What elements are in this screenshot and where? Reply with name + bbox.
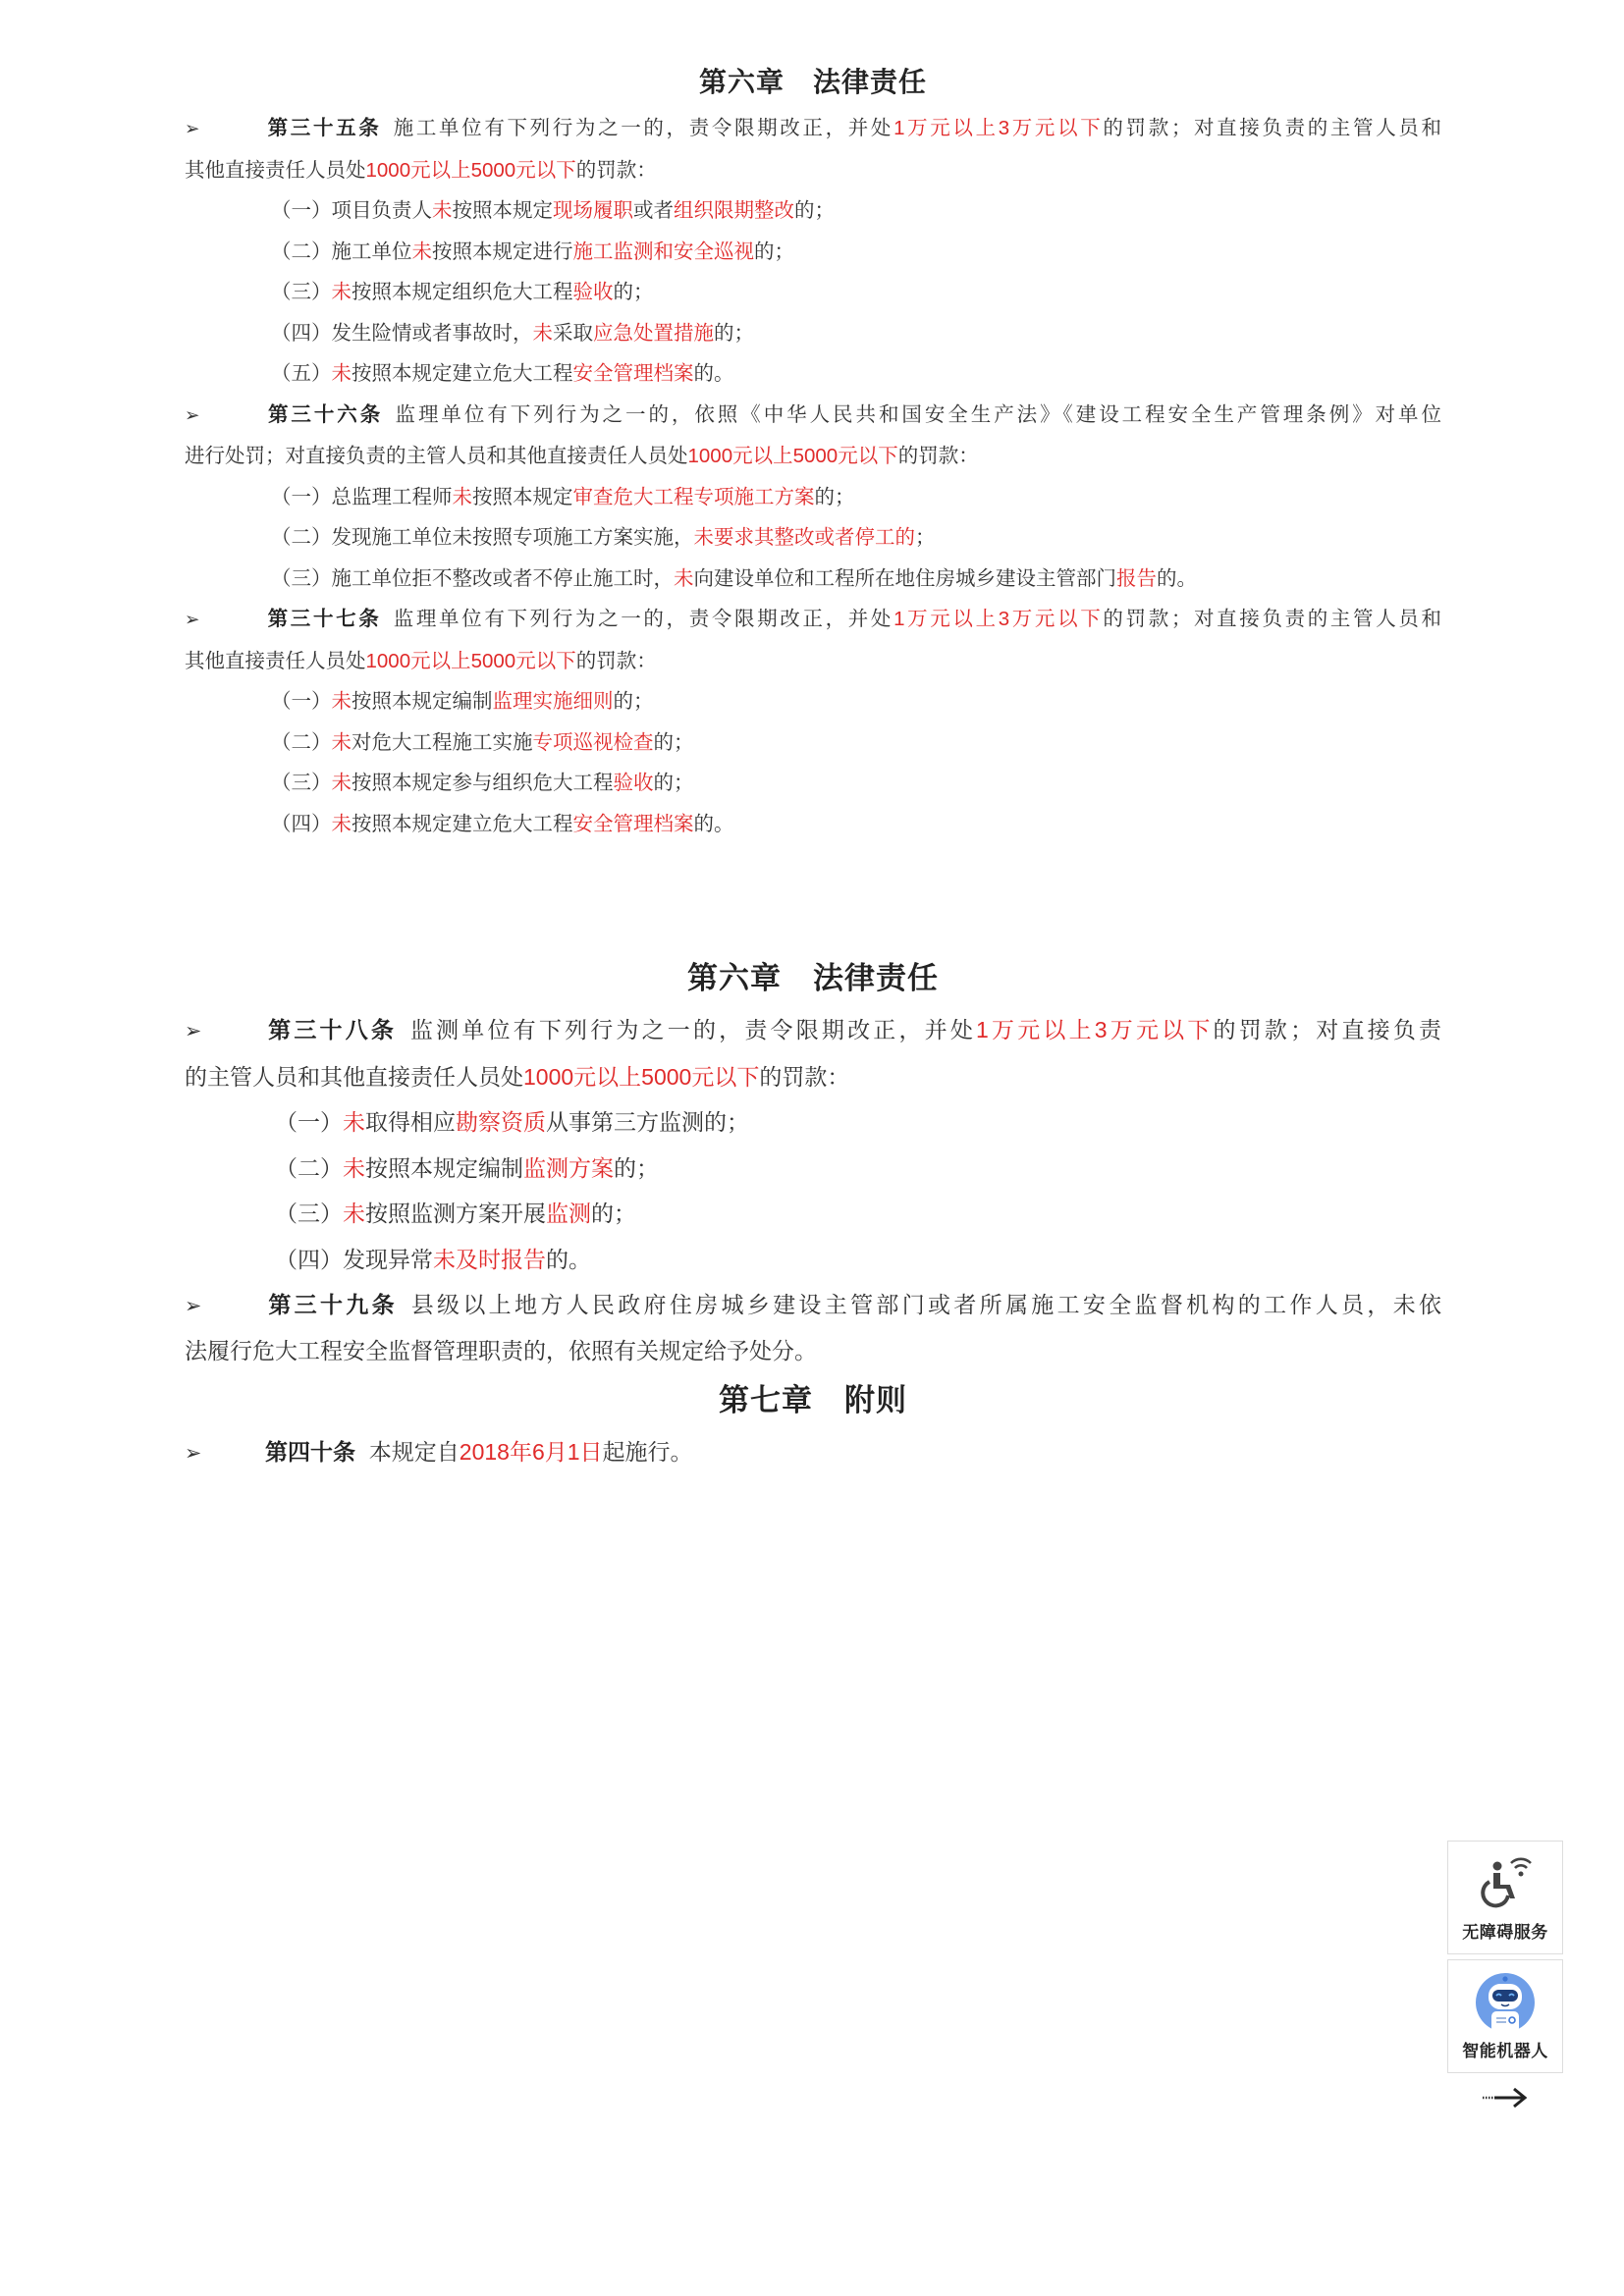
article-item: （二）发现施工单位未按照专项施工方案实施，未要求其整改或者停工的； [185, 517, 1441, 559]
article-item: （二）未按照本规定编制监测方案的； [185, 1147, 1441, 1193]
article-40: ➢第四十条本规定自2018年6月1日起施行。 [185, 1429, 1441, 1476]
accessibility-service-button[interactable]: 无障碍服务 [1447, 1841, 1563, 1954]
chapter-title: 第六章 法律责任 [185, 61, 1441, 104]
article-item: （三）未按照监测方案开展监测的； [185, 1192, 1441, 1238]
article-36: ➢第三十六条监理单位有下列行为之一的，依照《中华人民共和国安全生产法》《建设工程… [185, 395, 1441, 600]
article-item: （二）未对危大工程施工实施专项巡视检查的； [185, 722, 1441, 764]
article-item: （三）未按照本规定参与组织危大工程验收的； [185, 763, 1441, 804]
article-39: ➢第三十九条县级以上地方人民政府住房城乡建设主管部门或者所属施工安全监督机构的工… [185, 1283, 1441, 1374]
chapter-title: 第六章 法律责任 [185, 954, 1441, 1003]
article-item: （四）未按照本规定建立危大工程安全管理档案的。 [185, 804, 1441, 845]
article-item: （三）施工单位拒不整改或者不停止施工时，未向建设单位和工程所在地住房城乡建设主管… [185, 559, 1441, 600]
article-number: 第三十六条 [265, 402, 383, 426]
article-number: 第四十条 [265, 1439, 355, 1466]
bullet-arrow-icon: ➢ [185, 600, 265, 641]
article-item: （一）未按照本规定编制监理实施细则的； [185, 681, 1441, 722]
article-item: （四）发现异常未及时报告的。 [185, 1238, 1441, 1284]
article-35: ➢第三十五条施工单位有下列行为之一的，责令限期改正，并处1万元以上3万元以下的罚… [185, 108, 1441, 395]
arrow-right-icon[interactable] [1481, 2085, 1530, 2110]
bullet-arrow-icon: ➢ [185, 109, 265, 150]
article-item: （五）未按照本规定建立危大工程安全管理档案的。 [185, 353, 1441, 395]
floating-service-panel: 无障碍服务 智能机器人 [1447, 1841, 1563, 2110]
article-number: 第三十九条 [265, 1292, 398, 1318]
article-item: （四）发生险情或者事故时，未采取应急处置措施的； [185, 313, 1441, 354]
bullet-arrow-icon: ➢ [185, 1430, 265, 1476]
article-number: 第三十七条 [265, 607, 381, 630]
article-37: ➢第三十七条监理单位有下列行为之一的，责令限期改正，并处1万元以上3万元以下的罚… [185, 599, 1441, 844]
article-item: （一）未取得相应勘察资质从事第三方监测的； [185, 1100, 1441, 1147]
article-38: ➢第三十八条监测单位有下列行为之一的，责令限期改正，并处1万元以上3万元以下的罚… [185, 1007, 1441, 1283]
document-page-1: 第六章 法律责任 ➢第三十五条施工单位有下列行为之一的，责令限期改正，并处1万元… [185, 61, 1441, 844]
article-item: （一）总监理工程师未按照本规定审查危大工程专项施工方案的； [185, 477, 1441, 518]
article-item: （二）施工单位未按照本规定进行施工监测和安全巡视的； [185, 232, 1441, 273]
article-item: （一）项目负责人未按照本规定现场履职或者组织限期整改的； [185, 190, 1441, 232]
smart-robot-button[interactable]: 智能机器人 [1447, 1959, 1563, 2073]
robot-icon [1475, 1974, 1536, 2031]
chapter-7-title: 第七章 附则 [185, 1376, 1441, 1425]
bullet-arrow-icon: ➢ [185, 1283, 265, 1329]
article-item: （三）未按照本规定组织危大工程验收的； [185, 272, 1441, 313]
article-number: 第三十五条 [265, 116, 381, 139]
bullet-arrow-icon: ➢ [185, 1008, 265, 1054]
bullet-arrow-icon: ➢ [185, 396, 265, 437]
article-number: 第三十八条 [265, 1017, 397, 1043]
wheelchair-wifi-icon [1476, 1855, 1535, 1912]
document-page-2: 第六章 法律责任 ➢第三十八条监测单位有下列行为之一的，责令限期改正，并处1万元… [185, 954, 1441, 1476]
